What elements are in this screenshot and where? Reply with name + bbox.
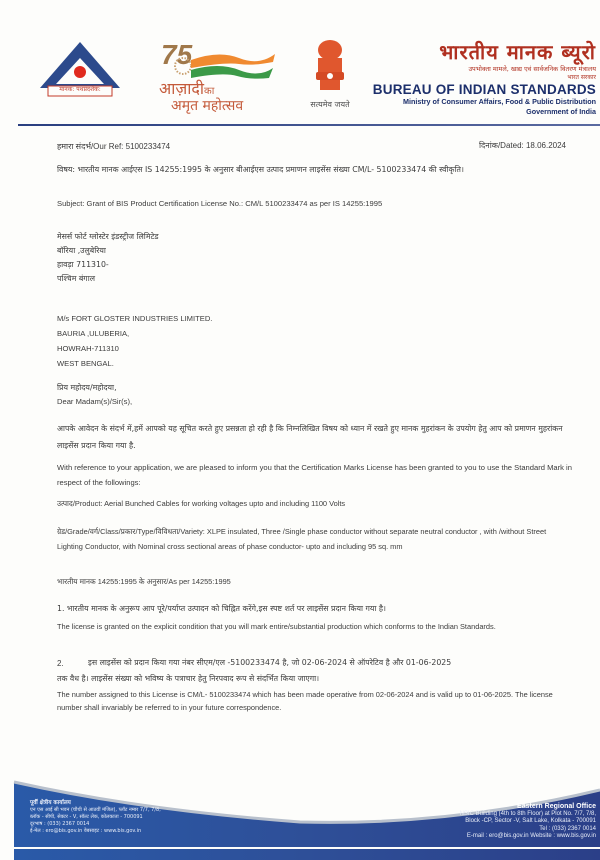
address-line: मेसर्स फोर्ट ग्लोस्टेर इंडस्ट्रीज लिमिटे… bbox=[57, 230, 159, 244]
footer-hindi-title: पूर्वी क्षेत्रीय कार्यालय bbox=[30, 800, 161, 807]
footer-hindi-line: दूरभाष : (033) 2367 0014 bbox=[30, 821, 161, 828]
azadi-ka-amrit-mahotsav-logo: 75 आज़ादीका अमृत महोत्सव bbox=[155, 40, 275, 116]
footer-english-line: E-mail : ero@bis.gov.in Website : www.bi… bbox=[460, 833, 596, 841]
footer-hindi-office: पूर्वी क्षेत्रीय कार्यालय एन एस आई सी भव… bbox=[30, 800, 161, 835]
footer-english-line: Block -CP, Sector -V, Salt Lake, Kolkata… bbox=[460, 818, 596, 826]
address-line: बॉरिया ,उलुबेरिया bbox=[57, 244, 159, 258]
org-name-hindi: भारतीय मानक ब्यूरो bbox=[346, 40, 596, 64]
bis-logo: मानक: पथप्रदर्शक: bbox=[36, 40, 124, 100]
salutation-hindi: प्रिय महोदय/महोदया, bbox=[57, 381, 117, 394]
footer-hindi-line: ब्लॉक - सीपी, सेक्टर - V, सॉल्ट लेक, कोल… bbox=[30, 814, 161, 821]
footer-hindi-line: ई-मेल : ero@bis.gov.in वेबसाइट : www.bis… bbox=[30, 828, 161, 835]
subject-hindi: विषय: भारतीय मानक आईएस IS 14255:1995 के … bbox=[57, 163, 567, 176]
footer-english-office: Eastern Regional Office NSIC Building (4… bbox=[460, 803, 596, 841]
letter-date: दिनांक/Dated: 18.06.2024 bbox=[479, 140, 566, 152]
footer-english-line: Tel : (033) 2367 0014 bbox=[460, 826, 596, 834]
our-reference: हमारा संदर्भ/Our Ref: 5100233474 bbox=[57, 141, 170, 153]
address-line: M/s FORT GLOSTER INDUSTRIES LIMITED. bbox=[57, 311, 212, 326]
salutation-english: Dear Madam(s)/Sir(s), bbox=[57, 396, 132, 408]
org-name-english: BUREAU OF INDIAN STANDARDS bbox=[346, 82, 596, 97]
clause-1-hindi: 1. भारतीय मानक के अनुरूप आप पूरे/पर्याप्… bbox=[57, 602, 577, 615]
bis-logo-caption: मानक: पथप्रदर्शक: bbox=[48, 85, 112, 93]
footer-english-title: Eastern Regional Office bbox=[460, 803, 596, 811]
clause-2-number: 2. bbox=[57, 658, 64, 670]
address-line: WEST BENGAL. bbox=[57, 356, 212, 371]
intro-hindi: आपके आवेदन के संदर्भ में,हमें आपको यह सू… bbox=[57, 420, 567, 454]
clause-2-hindi-a: इस लाइसेंस को प्रदान किया गया नंबर सीएम/… bbox=[88, 656, 578, 669]
ministry-hindi: उपभोक्ता मामले, खाद्य एवं सार्वजनिक वितर… bbox=[346, 64, 596, 74]
product: उत्पाद/Product: Aerial Bunched Cables fo… bbox=[57, 498, 577, 510]
address-line: HOWRAH-711310 bbox=[57, 341, 212, 356]
ashoka-emblem-icon bbox=[310, 38, 350, 94]
address-line: BAURIA ,ULUBERIA, bbox=[57, 326, 212, 341]
address-hindi: मेसर्स फोर्ट ग्लोस्टेर इंडस्ट्रीज लिमिटे… bbox=[57, 230, 159, 286]
intro-english: With reference to your application, we a… bbox=[57, 460, 572, 490]
organization-block: भारतीय मानक ब्यूरो उपभोक्ता मामले, खाद्य… bbox=[346, 40, 596, 117]
clause-2-english: The number assigned to this License is C… bbox=[57, 688, 572, 714]
address-line: हावड़ा 711310- bbox=[57, 258, 159, 272]
header-divider bbox=[18, 124, 600, 126]
address-english: M/s FORT GLOSTER INDUSTRIES LIMITED. BAU… bbox=[57, 311, 212, 371]
government-hindi: भारत सरकार bbox=[346, 74, 596, 82]
address-line: पश्चिम बंगाल bbox=[57, 272, 159, 286]
variety: ग्रेड/Grade/वर्ग/Class/प्रकार/Type/विविध… bbox=[57, 524, 572, 554]
footer-english-line: NSIC Building (4th to 8th Floor) at Plot… bbox=[460, 811, 596, 819]
subject-english: Subject: Grant of BIS Product Certificat… bbox=[57, 198, 577, 210]
footer-hindi-line: एन एस आई सी भवन (चौथी से आठवीं मंजिल), प… bbox=[30, 807, 161, 814]
clause-1-english: The license is granted on the explicit c… bbox=[57, 620, 572, 633]
amrit-line2: अमृत महोत्सव bbox=[171, 98, 243, 114]
government-english: Government of India bbox=[346, 107, 596, 117]
clause-2-hindi-b: तक वैध है। लाइसेंस संख्या को भविष्य के प… bbox=[57, 672, 577, 685]
ministry-english: Ministry of Consumer Affairs, Food & Pub… bbox=[346, 97, 596, 107]
as-per-standard: भारतीय मानक 14255:1995 के अनुसार/As per … bbox=[57, 576, 231, 588]
